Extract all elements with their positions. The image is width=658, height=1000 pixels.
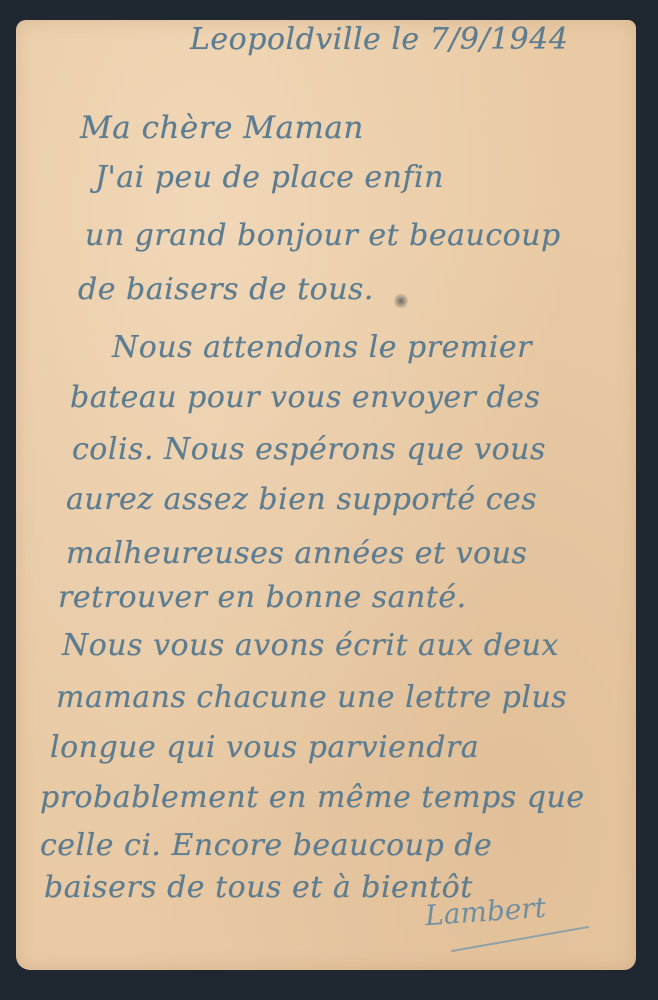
letter-line: malheureuses années et vous bbox=[66, 536, 527, 571]
place-date-line: Leopoldville le 7/9/1944 bbox=[190, 22, 568, 57]
letter-line: bateau pour vous envoyer des bbox=[70, 380, 540, 415]
ink-blot bbox=[394, 292, 408, 310]
letter-line: un grand bonjour et beaucoup bbox=[85, 218, 561, 253]
letter-line: Nous vous avons écrit aux deux bbox=[62, 628, 559, 663]
letter-line: probablement en même temps que bbox=[40, 780, 585, 815]
letter-line: mamans chacune une lettre plus bbox=[56, 680, 567, 715]
letter-line: baisers de tous et à bientôt bbox=[44, 870, 473, 905]
letter-line: retrouver en bonne santé. bbox=[58, 580, 467, 615]
greeting: Ma chère Maman bbox=[80, 110, 364, 146]
letter-line: colis. Nous espérons que vous bbox=[72, 432, 546, 467]
letter-line: de baisers de tous. bbox=[78, 272, 374, 307]
letter-line: Nous attendons le premier bbox=[112, 330, 532, 365]
letter-line: longue qui vous parviendra bbox=[50, 730, 479, 765]
letter-line: celle ci. Encore beaucoup de bbox=[40, 828, 492, 863]
letter-line: J'ai peu de place enfin bbox=[95, 160, 444, 195]
letter-line: aurez assez bien supporté ces bbox=[66, 482, 537, 517]
